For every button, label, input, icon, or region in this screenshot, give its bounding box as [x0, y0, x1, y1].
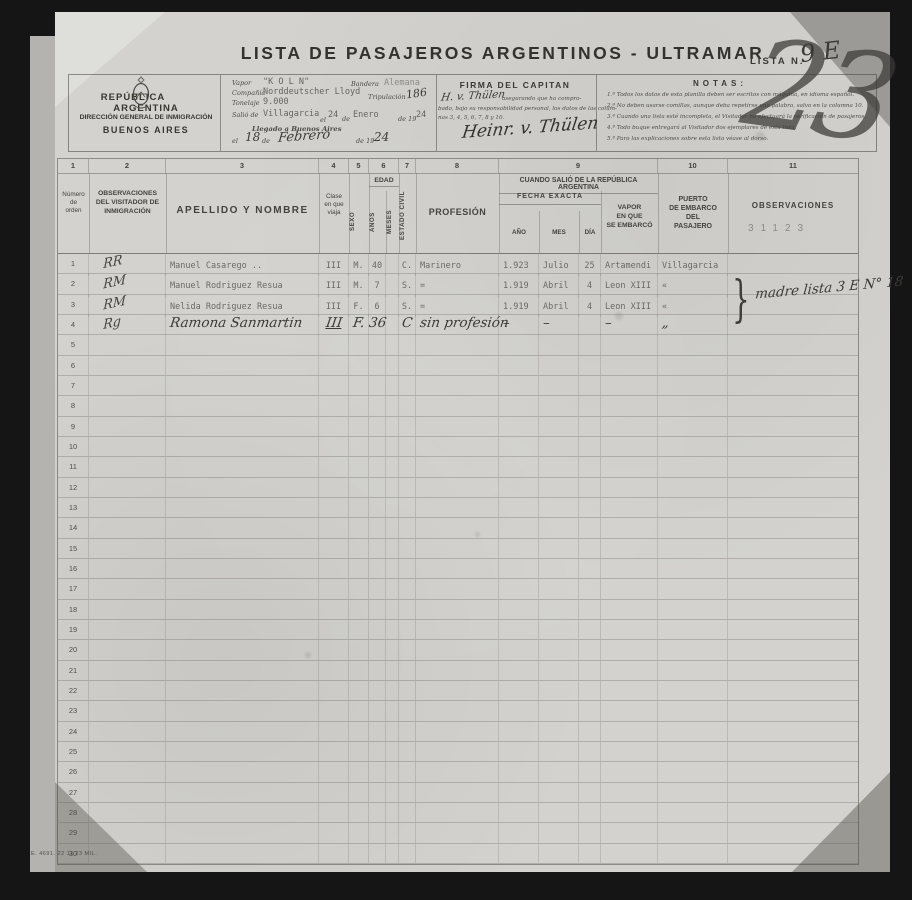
cell-anos: [369, 803, 386, 822]
cell-visitador: [89, 762, 166, 781]
cell-n: 8: [58, 396, 89, 415]
cell-ano: [499, 701, 539, 720]
cell-clase: [319, 457, 349, 476]
table-row: 7: [58, 376, 858, 396]
cell-estado: [399, 844, 416, 863]
cell-dia: [579, 315, 601, 335]
cell-mes: [539, 335, 579, 354]
cell-profesion: [416, 661, 499, 680]
cell-ano: [499, 376, 539, 395]
cell-ano: [499, 600, 539, 619]
cell-profesion: [416, 823, 499, 842]
cell-anos: [369, 356, 386, 375]
cell-puerto: [658, 661, 728, 680]
table-row: 22: [58, 681, 858, 701]
cell-n: 5: [58, 335, 89, 354]
cell-mes: [539, 518, 579, 537]
cell-obs: [728, 559, 858, 578]
table-row: 21: [58, 661, 858, 681]
cell-clase: [319, 356, 349, 375]
cell-vapor: –: [601, 315, 658, 335]
cell-anos: [369, 437, 386, 456]
cell-vapor: [601, 518, 658, 537]
cell-mes: [539, 437, 579, 456]
cell-dia: [579, 356, 601, 375]
cell-visitador: [89, 396, 166, 415]
table-row: 14: [58, 518, 858, 538]
cell-profesion: [416, 783, 499, 802]
cell-estado: [399, 762, 416, 781]
cell-meses: [386, 376, 399, 395]
cell-clase: [319, 762, 349, 781]
cell-mes: [539, 356, 579, 375]
cell-puerto: [658, 640, 728, 659]
cell-n: 1: [58, 254, 89, 276]
cell-anos: [369, 762, 386, 781]
cell-nombre: [166, 579, 319, 598]
cell-sexo: [349, 701, 369, 720]
cell-profesion: [416, 376, 499, 395]
header-nombre: APELLIDO Y NOMBRE: [166, 205, 319, 216]
adjacent-page-edge: [30, 36, 55, 872]
cell-ano: [499, 478, 539, 497]
cell-dia: [579, 640, 601, 659]
cell-visitador: [89, 478, 166, 497]
cell-anos: [369, 539, 386, 558]
cell-profesion: [416, 742, 499, 761]
cell-nombre: [166, 376, 319, 395]
cell-profesion: =: [416, 274, 499, 296]
table-row: 18: [58, 600, 858, 620]
cell-vapor: [601, 437, 658, 456]
cell-nombre: [166, 417, 319, 436]
cell-sexo: [349, 681, 369, 700]
cell-puerto: [658, 722, 728, 741]
cell-dia: [579, 722, 601, 741]
cell-puerto: [658, 600, 728, 619]
cell-ano: [499, 823, 539, 842]
cell-obs: [728, 335, 858, 354]
cell-dia: [579, 335, 601, 354]
cell-visitador: Rg: [89, 315, 166, 335]
cell-meses: [386, 681, 399, 700]
salio-label: Salió de: [232, 111, 258, 119]
cell-clase: [319, 539, 349, 558]
cell-n: 3: [58, 295, 89, 317]
header-cuando-salio: CUANDO SALIÓ DE LA REPÚBLICA ARGENTINA: [499, 177, 658, 194]
cell-obs: [728, 742, 858, 761]
cell-mes: [539, 640, 579, 659]
cell-mes: [539, 823, 579, 842]
cell-mes: [539, 579, 579, 598]
cell-estado: [399, 539, 416, 558]
header-estado-civil: ESTADO CIVIL: [399, 183, 416, 249]
cell-clase: [319, 681, 349, 700]
cell-sexo: [349, 498, 369, 517]
cell-ano: [499, 681, 539, 700]
cell-dia: [579, 681, 601, 700]
cell-obs: [728, 417, 858, 436]
cell-meses: [386, 803, 399, 822]
cell-nombre: [166, 539, 319, 558]
cell-vapor: Artamendi: [601, 254, 658, 276]
tonelaje-label: Tonelaje: [232, 99, 260, 107]
cell-sexo: [349, 518, 369, 537]
cell-obs: [728, 803, 858, 822]
col-num-6: 6: [369, 159, 399, 173]
cell-vapor: [601, 600, 658, 619]
cell-meses: [386, 742, 399, 761]
cell-anos: 36: [369, 315, 386, 335]
cell-obs: [728, 722, 858, 741]
cell-meses: [386, 518, 399, 537]
cell-profesion: [416, 844, 499, 863]
cell-vapor: [601, 356, 658, 375]
cell-vapor: [601, 498, 658, 517]
cell-obs: [728, 518, 858, 537]
cell-profesion: [416, 640, 499, 659]
cell-ano: [499, 783, 539, 802]
cell-sexo: [349, 783, 369, 802]
cell-dia: [579, 803, 601, 822]
cell-obs: [728, 701, 858, 720]
cell-puerto: [658, 539, 728, 558]
cell-visitador: [89, 457, 166, 476]
cell-vapor: [601, 681, 658, 700]
stamp-number: 31123: [748, 223, 810, 234]
cell-ano: [499, 335, 539, 354]
header-meses: MESES: [386, 195, 399, 249]
de-label: de: [342, 115, 350, 123]
cell-n: 2: [58, 274, 89, 296]
llegado-day-handwritten: 18: [245, 130, 260, 144]
cell-profesion: [416, 417, 499, 436]
cell-puerto: [658, 437, 728, 456]
llegado-de19-label: de 19: [356, 137, 374, 145]
cell-profesion: [416, 579, 499, 598]
cell-ano: [499, 579, 539, 598]
cell-dia: [579, 600, 601, 619]
cell-sexo: [349, 396, 369, 415]
cell-n: 12: [58, 478, 89, 497]
cell-profesion: [416, 498, 499, 517]
cell-anos: [369, 518, 386, 537]
cell-clase: [319, 437, 349, 456]
cell-ano: 1.923: [499, 254, 539, 276]
captain-statement-2: bado, bajo su responsabilidad personal, …: [438, 106, 617, 112]
cell-visitador: [89, 498, 166, 517]
cell-mes: [539, 681, 579, 700]
cell-n: 25: [58, 742, 89, 761]
cell-profesion: Marinero: [416, 254, 499, 276]
cell-sexo: [349, 437, 369, 456]
table-row: 25: [58, 742, 858, 762]
cell-dia: [579, 620, 601, 639]
cell-anos: [369, 376, 386, 395]
cell-n: 22: [58, 681, 89, 700]
cell-visitador: [89, 600, 166, 619]
cell-obs: [728, 640, 858, 659]
salio-port: Villagarcia: [263, 109, 319, 119]
cell-n: 10: [58, 437, 89, 456]
cell-mes: [539, 844, 579, 863]
cell-estado: C: [399, 315, 416, 335]
cell-vapor: [601, 559, 658, 578]
cell-sexo: [349, 844, 369, 863]
cell-mes: [539, 661, 579, 680]
cell-clase: [319, 600, 349, 619]
table-row: 8: [58, 396, 858, 416]
col-num-10: 10: [658, 159, 728, 173]
org-ciudad: BUENOS AIRES: [70, 125, 222, 135]
cell-mes: [539, 762, 579, 781]
cell-meses: [386, 498, 399, 517]
cell-mes: [539, 559, 579, 578]
cell-n: 4: [58, 315, 89, 335]
cell-estado: [399, 478, 416, 497]
cell-n: 16: [58, 559, 89, 578]
cell-dia: 4: [579, 295, 601, 317]
cell-nombre: [166, 742, 319, 761]
cell-clase: [319, 417, 349, 436]
cell-clase: [319, 559, 349, 578]
cell-puerto: [658, 742, 728, 761]
cell-meses: [386, 559, 399, 578]
cell-ano: [499, 518, 539, 537]
cell-sexo: [349, 579, 369, 598]
cell-estado: [399, 335, 416, 354]
cell-estado: [399, 579, 416, 598]
cell-visitador: [89, 722, 166, 741]
cell-meses: [386, 356, 399, 375]
cell-n: 27: [58, 783, 89, 802]
cell-n: 13: [58, 498, 89, 517]
cell-meses: [386, 661, 399, 680]
cell-vapor: [601, 722, 658, 741]
cell-nombre: [166, 396, 319, 415]
cell-profesion: [416, 803, 499, 822]
table-row: 12: [58, 478, 858, 498]
captain-statement-1: asegurando que ha compro-: [502, 96, 581, 102]
cell-nombre: Manuel Rodriguez Resua: [166, 274, 319, 296]
cell-puerto: [658, 478, 728, 497]
table-row: 16: [58, 559, 858, 579]
cell-puerto: [658, 457, 728, 476]
cell-ano: [499, 417, 539, 436]
cell-visitador: [89, 640, 166, 659]
cell-estado: [399, 823, 416, 842]
cell-puerto: [658, 681, 728, 700]
cell-n: 7: [58, 376, 89, 395]
cell-ano: [499, 844, 539, 863]
cell-anos: [369, 844, 386, 863]
cell-puerto: «: [658, 274, 728, 296]
cell-visitador: [89, 559, 166, 578]
cell-estado: [399, 783, 416, 802]
cell-puerto: [658, 417, 728, 436]
cell-anos: [369, 396, 386, 415]
header-ano: AÑO: [499, 229, 539, 236]
cell-anos: [369, 783, 386, 802]
cell-meses: [386, 722, 399, 741]
cell-ano: [499, 396, 539, 415]
cell-sexo: [349, 742, 369, 761]
cell-ano: [499, 559, 539, 578]
cell-visitador: [89, 437, 166, 456]
cell-estado: [399, 437, 416, 456]
cell-mes: [539, 600, 579, 619]
brace-annotation: }: [732, 270, 749, 328]
cell-clase: III: [319, 254, 349, 276]
cell-obs: [728, 457, 858, 476]
cell-meses: [386, 640, 399, 659]
cell-estado: [399, 498, 416, 517]
cell-n: 28: [58, 803, 89, 822]
col-num-8: 8: [416, 159, 499, 173]
cell-vapor: [601, 742, 658, 761]
table-row: 26: [58, 762, 858, 782]
cell-visitador: [89, 783, 166, 802]
cell-visitador: [89, 518, 166, 537]
cell-meses: [386, 417, 399, 436]
cell-mes: Abril: [539, 274, 579, 296]
cell-puerto: [658, 620, 728, 639]
col-num-5: 5: [349, 159, 369, 173]
cell-dia: [579, 457, 601, 476]
cell-mes: [539, 396, 579, 415]
cell-visitador: RR: [89, 254, 166, 276]
cell-obs: [728, 498, 858, 517]
cell-mes: [539, 722, 579, 741]
table-row: 27: [58, 783, 858, 803]
cell-ano: [499, 722, 539, 741]
cell-profesion: [416, 457, 499, 476]
cell-clase: [319, 396, 349, 415]
cell-mes: [539, 742, 579, 761]
cell-ano: –: [499, 315, 539, 335]
cell-visitador: [89, 335, 166, 354]
captain-box-title: FIRMA DEL CAPITAN: [437, 80, 593, 90]
cell-ano: 1.919: [499, 274, 539, 296]
header-profesion: PROFESIÓN: [416, 207, 499, 217]
cell-meses: [386, 783, 399, 802]
cell-vapor: [601, 661, 658, 680]
cell-puerto: [658, 762, 728, 781]
cell-obs: [728, 600, 858, 619]
header-edad-group: EDAD: [369, 177, 399, 187]
cell-meses: [386, 844, 399, 863]
cell-nombre: [166, 335, 319, 354]
cell-mes: –: [539, 315, 579, 335]
cell-nombre: [166, 478, 319, 497]
cell-obs: [728, 478, 858, 497]
cell-estado: S.: [399, 274, 416, 296]
header-clase: Clase en que viaja: [319, 193, 349, 217]
cell-anos: [369, 498, 386, 517]
cell-n: 9: [58, 417, 89, 436]
cell-ano: [499, 498, 539, 517]
cell-visitador: RM: [89, 274, 166, 296]
cell-vapor: [601, 539, 658, 558]
cell-nombre: [166, 681, 319, 700]
cell-dia: [579, 376, 601, 395]
cell-anos: [369, 823, 386, 842]
cell-puerto: [658, 844, 728, 863]
cell-nombre: [166, 518, 319, 537]
cell-clase: [319, 722, 349, 741]
cell-puerto: Villagarcia: [658, 254, 728, 276]
cell-sexo: [349, 620, 369, 639]
cell-dia: [579, 742, 601, 761]
cell-nombre: Ramona Sanmartin: [166, 315, 319, 335]
cell-profesion: [416, 539, 499, 558]
col-num-9: 9: [499, 159, 658, 173]
cell-profesion: [416, 396, 499, 415]
cell-anos: 7: [369, 274, 386, 296]
cell-sexo: F.: [349, 315, 369, 335]
cell-vapor: [601, 417, 658, 436]
cell-vapor: Leon XIII: [601, 274, 658, 296]
cell-dia: [579, 783, 601, 802]
cell-mes: [539, 498, 579, 517]
cell-vapor: [601, 762, 658, 781]
cell-estado: [399, 600, 416, 619]
cell-nombre: [166, 620, 319, 639]
column-number-strip: 1 2 3 4 5 6 7 8 9 10 11: [58, 159, 858, 174]
cell-ano: [499, 457, 539, 476]
cell-profesion: [416, 518, 499, 537]
header-fecha-exacta: FECHA EXACTA: [499, 193, 601, 205]
cell-sexo: [349, 539, 369, 558]
cell-mes: [539, 478, 579, 497]
table-header: 1 2 3 4 5 6 7 8 9 10 11 Número de orden …: [58, 159, 858, 254]
cell-dia: [579, 661, 601, 680]
cell-visitador: [89, 701, 166, 720]
cell-estado: [399, 518, 416, 537]
cell-nombre: [166, 722, 319, 741]
cell-clase: III: [319, 315, 349, 335]
col-num-4: 4: [319, 159, 349, 173]
table-row: 24: [58, 722, 858, 742]
cell-estado: [399, 681, 416, 700]
table-row: 29: [58, 823, 858, 843]
compania-value: Norddeutscher Lloyd: [263, 87, 360, 97]
header-visitador: OBSERVACIONES DEL VISITADOR DE INMIGRACI…: [89, 189, 166, 216]
cell-meses: [386, 396, 399, 415]
cell-visitador: [89, 661, 166, 680]
cell-puerto: [658, 335, 728, 354]
cell-mes: [539, 783, 579, 802]
cell-nombre: [166, 498, 319, 517]
cell-dia: [579, 823, 601, 842]
cell-meses: [386, 437, 399, 456]
header-sexo: SEXO: [349, 193, 369, 249]
cell-anos: [369, 742, 386, 761]
cell-clase: [319, 803, 349, 822]
cell-sexo: [349, 640, 369, 659]
cell-ano: [499, 620, 539, 639]
cell-nombre: [166, 640, 319, 659]
cell-n: 24: [58, 722, 89, 741]
table-row: 17: [58, 579, 858, 599]
cell-vapor: [601, 640, 658, 659]
cell-visitador: [89, 823, 166, 842]
cell-puerto: [658, 823, 728, 842]
cell-sexo: M.: [349, 274, 369, 296]
table-row: 23: [58, 701, 858, 721]
cell-meses: [386, 701, 399, 720]
cell-dia: [579, 518, 601, 537]
